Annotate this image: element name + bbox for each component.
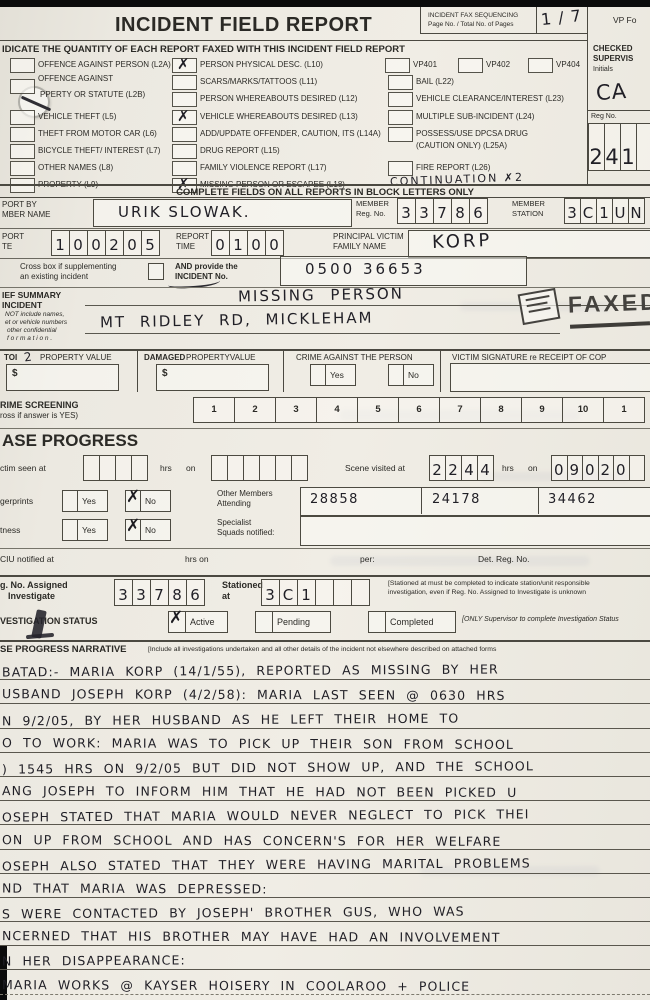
cell-value: 3 [265,586,276,605]
char-cell[interactable] [131,455,148,481]
cell-value: 1 [621,404,626,416]
char-cell[interactable] [291,455,308,481]
checkbox-l22[interactable] [388,75,413,90]
cell-value: 2 [589,144,603,170]
cell-value: 7 [437,204,448,223]
specialist-label: Specialist [217,518,251,527]
char-cell[interactable]: 8 [451,198,470,224]
cell-value: 6 [416,404,421,416]
cell-value: 2 [109,236,120,255]
checkbox-l24[interactable] [388,110,413,125]
reg-assigned-cells[interactable]: 33786 [115,579,205,606]
scene-date-cells[interactable]: 09020 [552,455,645,481]
cell-value: 4 [334,404,339,416]
char-cell[interactable]: 0 [211,230,230,256]
char-cell[interactable] [333,579,352,606]
witness-label: tness [0,525,20,535]
victim-signature-field[interactable] [450,363,650,392]
checkbox-l23[interactable] [388,92,413,107]
checkbox-l7[interactable] [10,144,35,159]
case-progress-heading: ASE PROGRESS [2,431,138,451]
check-cell: ✗ [126,491,141,511]
char-cell[interactable]: 6 [186,579,205,606]
narrative-heading: SE PROGRESS NARRATIVE [0,644,127,655]
cell-value: 1 [211,404,216,416]
char-cell[interactable]: 1 [620,123,637,171]
supplement-label: Cross box if supplementing [20,262,117,271]
divider [421,487,422,514]
checkbox-label: PERSON PHYSICAL DESC. (L10) [200,60,323,69]
checkbox-label: VP401 [413,60,437,69]
vp-form-label: VP Fo [613,15,636,25]
incident-label: INCIDENT [2,300,42,310]
report-by-label: PORT BY [2,200,37,209]
char-cell[interactable]: 3 [397,198,416,224]
cell-value: 1 [55,236,66,255]
checkbox-label: (CAUTION ONLY) (L25A) [416,141,507,150]
summary-writing-line[interactable] [85,305,650,306]
damaged-label: DAMAGED [144,353,185,362]
supervisor-reg-cells[interactable]: 241 [589,123,650,171]
char-cell[interactable]: 1 [603,397,645,423]
cell-value: 3 [419,204,430,223]
cell-value: 3 [401,204,412,223]
char-cell[interactable]: 5 [357,397,399,423]
char-cell[interactable]: 0 [551,455,568,481]
checkbox-vp401[interactable] [385,58,410,73]
member-regno-cells[interactable]: 33786 [398,198,488,224]
divider [0,640,650,642]
checkbox-vp402[interactable] [458,58,483,73]
divider [0,548,650,549]
photo-edge-top [0,0,650,7]
char-cell[interactable]: 1 [193,397,235,423]
specialist-squads-field[interactable] [300,516,650,546]
checkbox-l17[interactable] [172,161,197,176]
checkbox-l10[interactable]: ✗ [172,58,197,73]
char-cell[interactable]: 1 [51,230,70,256]
divider [538,487,539,514]
narrative-line: ANG JOSEPH TO INFORM HIM THAT HE HAD NOT… [0,777,650,801]
char-cell[interactable] [99,455,116,481]
checkbox-l14a[interactable] [172,127,197,142]
checkbox-label: THEFT FROM MOTOR CAR (L6) [38,129,157,138]
narrative-text: OSEPH STATED THAT MARIA WOULD NEVER NEGL… [2,807,530,825]
report-time-label2: TIME [176,242,195,251]
narrative-lines[interactable]: BATAD:- MARIA KORP (14/1/55), REPORTED A… [0,656,650,995]
cell-value: 1 [301,586,312,605]
checkbox-l15[interactable] [172,144,197,159]
yes-label: Yes [78,496,100,506]
divider [0,184,650,186]
quantity-instruction: IDICATE THE QUANTITY OF EACH REPORT FAXE… [2,44,405,55]
ciu-hrs-on-label: hrs on [185,554,209,564]
crime-no-checkbox[interactable]: No [388,364,434,386]
check-cell [311,365,326,385]
narrative-line: ) 1545 HRS ON 9/2/05 BUT DID NOT SHOW UP… [0,753,650,777]
char-cell[interactable]: 1 [297,579,316,606]
narrative-line: MARIA WORKS @ KAYSER HOISERY IN COOLAROO… [0,970,650,994]
member-station-cells[interactable]: 3C1UN [565,198,645,224]
other-member-value: 34462 [548,492,597,507]
no-label: No [141,496,160,506]
char-cell[interactable]: 2 [598,455,615,481]
pending-label: Pending [273,617,314,627]
damaged-value-field[interactable] [156,364,269,391]
report-time-label: REPORT [176,232,209,241]
divider [536,7,537,33]
member-label: MEMBER [356,200,389,209]
crime-yes-checkbox[interactable]: Yes [310,364,356,386]
char-cell[interactable]: 3 [415,198,434,224]
summary-line1-value: MISSING PERSON [238,285,404,306]
char-cell[interactable] [211,455,228,481]
char-cell[interactable]: 6 [469,198,488,224]
checkbox-label: BICYCLE THEFT/ INTEREST (L7) [38,146,160,155]
checkbox-label: FIRE REPORT (L26) [416,163,490,172]
char-cell[interactable]: 0 [69,230,88,256]
divider [137,349,138,392]
status-active-checkbox[interactable]: ✗Active [168,611,228,633]
damaged-value-label: PROPERTYVALUE [186,353,256,362]
char-cell[interactable]: 4 [604,123,621,171]
char-cell[interactable]: 0 [247,230,266,256]
cell-value: 0 [554,461,565,480]
status-note: [ONLY Supervisor to complete Investigati… [462,616,619,624]
supplement-label2: an existing incident [20,272,88,281]
char-cell[interactable]: 9 [567,455,584,481]
char-cell[interactable]: 0 [123,230,142,256]
check-cell [369,612,386,632]
divider [0,349,650,351]
narrative-text: NCERNED THAT HIS BROTHER MAY HAVE HAD AN… [2,928,501,945]
narrative-line: BATAD:- MARIA KORP (14/1/55), REPORTED A… [0,656,650,680]
currency-symbol: $ [12,368,18,380]
narrative-instruction: [Include all investigations undertaken a… [148,646,496,654]
char-cell[interactable]: 1 [596,198,613,224]
char-cell[interactable] [227,455,244,481]
report-date-cells[interactable]: 100205 [52,230,160,256]
char-cell[interactable] [243,455,260,481]
cell-value: 0 [73,236,84,255]
char-cell[interactable]: 4 [477,455,494,481]
char-cell[interactable]: 5 [141,230,160,256]
cell-value: C [283,586,294,605]
initials-value: CA [595,79,628,105]
report-date-label2: TE [2,242,12,251]
checkbox-label: ADD/UPDATE OFFENDER, CAUTION, ITS (L14A) [200,129,381,138]
crime-screening-label: RIME SCREENING [0,400,79,411]
cell-value: 3 [118,586,129,605]
stationed-at-label: at [222,591,230,602]
member-regno-label: Reg. No. [356,210,386,219]
narrative-line: USBAND JOSEPH KORP (4/2/58): MARIA LAST … [0,680,650,704]
reg-assigned-label: g. No. Assigned [0,580,68,591]
status-completed-checkbox[interactable]: Completed [368,611,456,633]
check-mark: ✗ [169,608,183,628]
other-member-value: 24178 [432,492,481,507]
scene-visited-label: Scene visited at [345,463,405,473]
narrative-text: ND THAT MARIA WAS DEPRESSED: [2,880,268,896]
cell-value: 10 [578,404,589,416]
check-mark: ✗ [177,107,191,125]
summary-note: et or vehicle numbers [5,319,67,327]
divider [283,349,284,392]
check-cell: ✗ [169,612,186,632]
cell-value: 0 [251,236,262,255]
cell-value: 0 [215,236,226,255]
crime-screening-cells[interactable]: 123456789101 [194,397,645,423]
checkbox-l2a[interactable] [10,58,35,73]
cell-value: N [630,204,642,223]
cell-value: 0 [91,236,102,255]
on-label: on [528,463,537,473]
narrative-line: OSEPH ALSO STATED THAT THEY WERE HAVING … [0,850,650,874]
supplement-checkbox[interactable] [148,263,164,280]
char-cell[interactable]: 3 [114,579,133,606]
other-member-value: 28858 [310,492,359,507]
char-cell[interactable]: 8 [480,397,522,423]
check-mark: ✗ [126,516,140,536]
cell-value: 2 [600,461,611,480]
checkbox-label: BAIL (L22) [416,77,454,86]
narrative-line: ON UP FROM SCHOOL AND HAS CONCERN'S FOR … [0,825,650,849]
char-cell[interactable]: 3 [564,198,581,224]
checkbox-label: DRUG REPORT (L15) [200,146,280,155]
witness-no-checkbox[interactable]: ✗No [125,519,171,541]
char-cell[interactable]: 6 [398,397,440,423]
property-value-label: PROPERTY VALUE [40,353,112,362]
stationed-note: [Stationed at must be completed to indic… [388,580,590,588]
checkbox-l11[interactable] [172,75,197,90]
victim-seen-hrs-cells[interactable] [84,455,148,481]
cell-value: U [615,204,627,223]
checkbox-l13[interactable]: ✗ [172,110,197,125]
char-cell[interactable]: 7 [150,579,169,606]
cell-value: 8 [172,586,183,605]
status-pending-checkbox[interactable]: Pending [255,611,331,633]
divider [420,33,587,34]
victim-seen-date-cells[interactable] [212,455,308,481]
other-members-label: Other Members [217,489,273,498]
char-cell[interactable]: C [279,579,298,606]
narrative-text: ANG JOSEPH TO INFORM HIM THAT HE HAD NOT… [2,783,517,800]
char-cell[interactable] [115,455,132,481]
member-name-label: MBER NAME [2,210,50,219]
char-cell[interactable]: 3 [132,579,151,606]
cell-value: 3 [293,404,298,416]
ciu-per-label: per: [360,554,375,564]
brief-summary-label: IEF SUMMARY [2,290,61,300]
char-cell[interactable]: 7 [433,198,452,224]
divider [440,349,441,392]
char-cell[interactable]: 2 [234,397,276,423]
narrative-line: NCERNED THAT HIS BROTHER MAY HAVE HAD AN… [0,922,650,946]
narrative-text: ON UP FROM SCHOOL AND HAS CONCERN'S FOR … [2,832,501,849]
no-label: No [404,370,423,380]
victim-name-value: KORP [432,230,493,253]
hrs-label: hrs [160,463,172,473]
char-cell[interactable]: 3 [261,579,280,606]
stationed-note2: investigation, even if Reg. No. Assigned… [388,589,586,597]
cell-value: 7 [154,586,165,605]
char-cell[interactable]: U [612,198,629,224]
narrative-text: N 9/2/05, BY HER HUSBAND AS HE LEFT THEI… [2,710,459,728]
char-cell[interactable]: 9 [521,397,563,423]
char-cell[interactable]: 0 [87,230,106,256]
cell-value: 1 [621,144,635,170]
cell-value: 0 [616,461,627,480]
total-value-label: TOI [4,353,17,362]
witness-yes-checkbox[interactable]: Yes [62,519,108,541]
report-date-label: PORT [2,232,24,241]
victim-seen-label: ctim seen at [0,463,46,473]
fingerprints-label: gerprints [0,496,33,506]
narrative-line: OSEPH STATED THAT MARIA WOULD NEVER NEGL… [0,801,650,825]
checkbox-l25a[interactable] [388,127,413,142]
investigation-status-label: VESTIGATION STATUS [0,616,98,627]
cell-value: 6 [473,204,484,223]
total-value-field[interactable] [6,364,119,391]
char-cell[interactable] [275,455,292,481]
checkbox-label: VP404 [556,60,580,69]
char-cell[interactable]: 2 [105,230,124,256]
char-cell[interactable] [629,455,646,481]
narrative-line: ND THAT MARIA WAS DEPRESSED: [0,874,650,898]
fax-pages-label: Page No. / Total No. of Pages [428,21,514,29]
checkbox-l2b[interactable] [10,79,35,94]
narrative-line: N 9/2/05, BY HER HUSBAND AS HE LEFT THEI… [0,704,650,728]
initials-label: Initials [593,66,613,74]
report-time-cells[interactable]: 0100 [212,230,284,256]
stationed-label: Stationed [222,580,263,591]
summary-note: NOT include names, [5,311,64,319]
checkbox-label: VEHICLE CLEARANCE/INTEREST (L23) [416,94,564,103]
narrative-text: BATAD:- MARIA KORP (14/1/55), REPORTED A… [2,662,499,680]
investigate-label: Investigate [8,591,55,602]
cell-value: 4 [605,144,619,170]
handwritten-annotation: 2 [23,349,34,364]
divider [0,228,650,229]
cell-value: 3 [136,586,147,605]
char-cell[interactable]: 1 [229,230,248,256]
ciu-notified-label: CIU notified at [0,554,54,564]
checkbox-l8[interactable] [10,161,35,176]
char-cell[interactable]: 3 [275,397,317,423]
cell-value: 1 [233,236,244,255]
check-cell [63,520,78,540]
char-cell[interactable]: 4 [461,455,478,481]
checkbox-label: SCARS/MARKS/TATTOOS (L11) [200,77,317,86]
char-cell[interactable]: 8 [168,579,187,606]
fingerprints-yes-checkbox[interactable]: Yes [62,490,108,512]
cell-value: 5 [375,404,380,416]
char-cell[interactable] [351,579,370,606]
attending-label: Attending [217,499,251,508]
currency-symbol: $ [162,368,168,380]
cell-value: 3 [567,204,578,223]
divider [0,197,650,198]
stationed-at-cells[interactable]: 3C1 [262,579,370,606]
crime-screening-label2: ross if answer is YES) [0,411,78,420]
checkbox-l6[interactable] [10,127,35,142]
divider [0,428,650,429]
scene-hrs-cells[interactable]: 2244 [430,455,494,481]
cell-value: 9 [539,404,544,416]
checkbox-label: VEHICLE WHEREABOUTS DESIRED (L13) [200,112,358,121]
char-cell[interactable] [83,455,100,481]
active-label: Active [186,617,219,627]
char-cell[interactable]: C [580,198,597,224]
document-stamp-icon [518,288,561,325]
char-cell[interactable]: N [628,198,645,224]
check-mark: ✗ [126,487,140,507]
checked-label: CHECKED [593,44,633,53]
narrative-line: O TO WORK: MARIA WAS TO PICK UP THEIR SO… [0,729,650,753]
hrs-label: hrs [502,463,514,473]
fax-sequencing-label: INCIDENT FAX SEQUENCING [428,12,518,20]
cell-value: 0 [269,236,280,255]
checkbox-label: VEHICLE THEFT (L5) [38,112,116,121]
det-reg-no-label: Det. Reg. No. [478,554,530,564]
and-provide-label: AND provide the [175,262,238,271]
checkbox-label: PERSON WHEREABOUTS DESIRED (L12) [200,94,357,103]
checkbox-l5[interactable] [10,110,35,125]
victim-signature-label: VICTIM SIGNATURE re RECEIPT OF COP [452,353,606,362]
char-cell[interactable]: 2 [429,455,446,481]
char-cell[interactable]: 2 [445,455,462,481]
checkbox-label: FAMILY VIOLENCE REPORT (L17) [200,163,327,172]
cell-value: 2 [448,461,459,480]
member-station-label: STATION [512,210,543,219]
divider [587,110,650,111]
narrative-text: N HER DISAPPEARANCE: [2,953,186,969]
char-cell[interactable] [315,579,334,606]
check-cell [389,365,404,385]
cell-value: 8 [455,204,466,223]
char-cell[interactable] [259,455,276,481]
member-label: MEMBER [512,200,545,209]
check-cell: ✗ [126,520,141,540]
narrative-text: OSEPH ALSO STATED THAT THEY WERE HAVING … [2,855,531,873]
family-name-label: FAMILY NAME [333,242,386,251]
cell-value: 0 [585,461,596,480]
char-cell[interactable]: 0 [582,455,599,481]
char-cell[interactable] [636,123,650,171]
divider [0,40,587,41]
char-cell[interactable]: 7 [439,397,481,423]
checkbox-label: VP402 [486,60,510,69]
cell-value: 9 [569,461,580,480]
checkbox-l12[interactable] [172,92,197,107]
fingerprints-no-checkbox[interactable]: ✗No [125,490,171,512]
char-cell[interactable]: 10 [562,397,604,423]
char-cell[interactable]: 4 [316,397,358,423]
char-cell[interactable]: 2 [588,123,605,171]
char-cell[interactable]: 0 [613,455,630,481]
completed-label: Completed [386,617,438,627]
char-cell[interactable]: 0 [265,230,284,256]
narrative-line: N HER DISAPPEARANCE: [0,946,650,970]
checkbox-label: OFFENCE AGAINST PERSON (L2A) [38,60,171,69]
summary-writing-line[interactable] [85,333,560,334]
summary-note: other confidential [7,327,57,335]
principal-victim-label: PRINCIPAL VICTIM [333,232,404,241]
divider [420,7,421,33]
divider [0,575,650,577]
checkbox-vp404[interactable] [528,58,553,73]
squads-notified-label: Squads notified: [217,528,274,537]
